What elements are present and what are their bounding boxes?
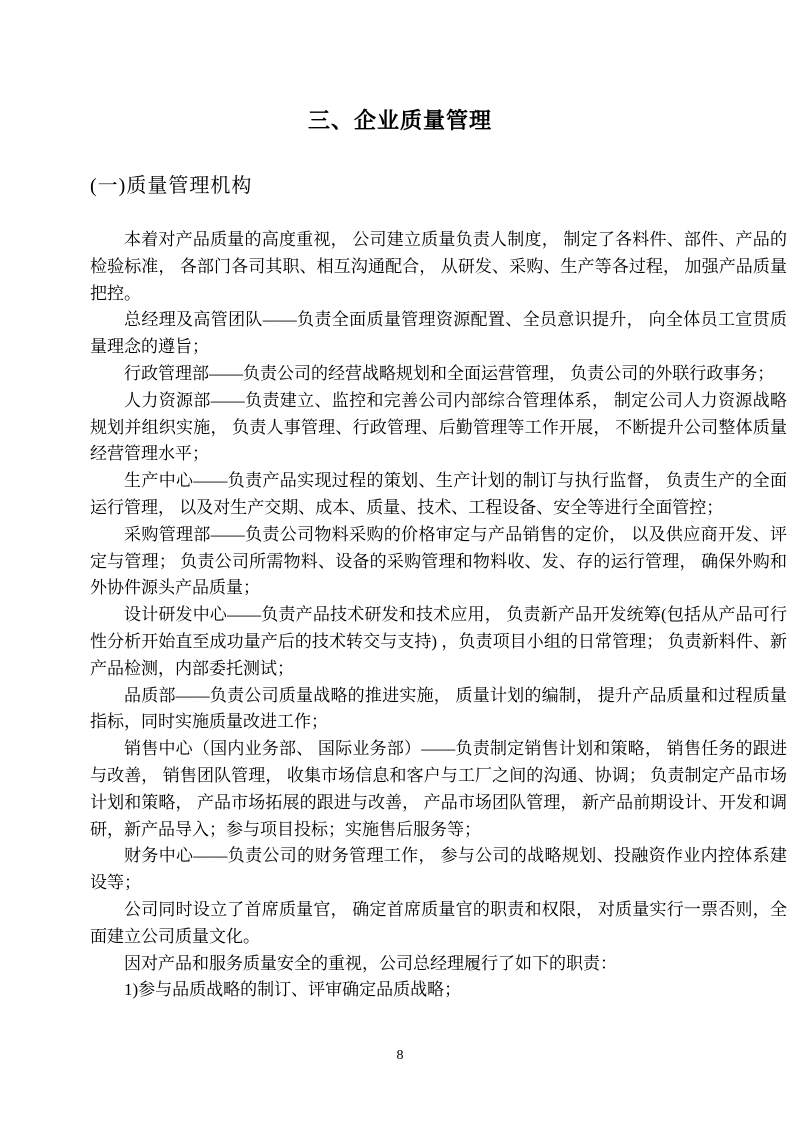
paragraph-rnd-center: 设计研发中心——负责产品技术研发和技术应用， 负责新产品开发统筹(包括从产品可行… bbox=[90, 602, 787, 682]
paragraph-chief-quality-officer: 公司同时设立了首席质量官， 确定首席质量官的职责和权限， 对质量实行一票否则，全… bbox=[90, 897, 787, 951]
page-number: 8 bbox=[0, 1048, 800, 1064]
document-body: 本着对产品质量的高度重视， 公司建立质量负责人制度， 制定了各料件、部件、产品的… bbox=[90, 227, 787, 1004]
paragraph-finance-center: 财务中心——负责公司的财务管理工作， 参与公司的战略规划、投融资作业内控体系建设… bbox=[90, 843, 787, 897]
paragraph-admin-dept: 行政管理部——负责公司的经营战略规划和全面运营管理， 负责公司的外联行政事务； bbox=[90, 361, 787, 388]
document-page: 三、企业质量管理 (一)质量管理机构 本着对产品质量的高度重视， 公司建立质量负… bbox=[0, 0, 800, 1131]
paragraph-gm-duties-intro: 因对产品和服务质量安全的重视，公司总经理履行了如下的职责： bbox=[90, 951, 787, 978]
document-title: 三、企业质量管理 bbox=[0, 104, 800, 135]
paragraph-quality-dept: 品质部——负责公司质量战略的推进实施， 质量计划的编制， 提升产品质量和过程质量… bbox=[90, 683, 787, 737]
paragraph-intro: 本着对产品质量的高度重视， 公司建立质量负责人制度， 制定了各料件、部件、产品的… bbox=[90, 227, 787, 307]
paragraph-sales-center: 销售中心（国内业务部、 国际业务部）——负责制定销售计划和策略， 销售任务的跟进… bbox=[90, 736, 787, 843]
paragraph-hr-dept: 人力资源部——负责建立、监控和完善公司内部综合管理体系， 制定公司人力资源战略规… bbox=[90, 388, 787, 468]
paragraph-production-center: 生产中心——负责产品实现过程的策划、生产计划的制订与执行监督， 负责生产的全面运… bbox=[90, 468, 787, 522]
paragraph-duty-item-1: 1)参与品质战略的制订、评审确定品质战略； bbox=[90, 977, 787, 1004]
section-heading: (一)质量管理机构 bbox=[90, 169, 252, 198]
paragraph-purchasing-dept: 采购管理部——负责公司物料采购的价格审定与产品销售的定价， 以及供应商开发、评定… bbox=[90, 522, 787, 602]
paragraph-general-manager-team: 总经理及高管团队——负责全面质量管理资源配置、全员意识提升， 向全体员工宣贯质量… bbox=[90, 307, 787, 361]
